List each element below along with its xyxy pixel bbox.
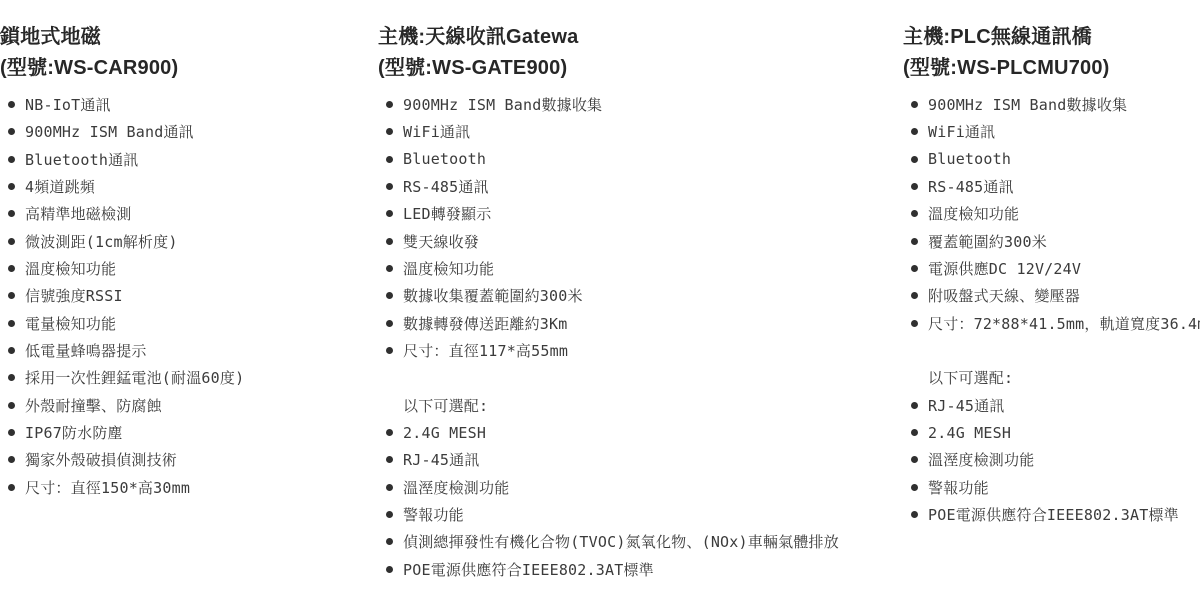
- product-name: 主機:天線收訊Gatewa: [378, 22, 839, 53]
- optional-config-label: 以下可選配:: [378, 392, 839, 419]
- bullet-icon: [911, 238, 918, 245]
- feature-text: 900MHz ISM Band通訊: [25, 121, 194, 142]
- feature-text: RS-485通訊: [928, 176, 1014, 197]
- bullet-icon: [8, 456, 15, 463]
- product-spec-sheet: 鎖地式地磁(型號:WS-CAR900)NB-IoT通訊900MHz ISM Ba…: [0, 0, 1200, 606]
- feature-text: 溫度檢知功能: [25, 258, 116, 279]
- feature-text: 數據收集覆蓋範圍約300米: [403, 285, 583, 306]
- feature-item: 溫度檢知功能: [0, 255, 244, 282]
- feature-text: 溫度檢知功能: [403, 258, 494, 279]
- feature-text: Bluetooth: [403, 150, 486, 168]
- bullet-icon: [386, 484, 393, 491]
- feature-text: 電源供應DC 12V/24V: [928, 258, 1081, 279]
- feature-text: 獨家外殼破損偵測技術: [25, 449, 177, 470]
- bullet-icon: [8, 128, 15, 135]
- feature-text: IP67防水防塵: [25, 422, 123, 443]
- feature-item: 外殼耐撞擊、防腐蝕: [0, 392, 244, 419]
- feature-text: 尺寸：直徑117*高55mm: [403, 340, 568, 361]
- feature-item: 獨家外殼破損偵測技術: [0, 446, 244, 473]
- bullet-icon: [8, 484, 15, 491]
- bullet-icon: [911, 183, 918, 190]
- bullet-icon: [8, 265, 15, 272]
- bullet-icon: [911, 101, 918, 108]
- feature-text: 高精準地磁檢測: [25, 203, 131, 224]
- feature-text: 數據轉發傳送距離約3Km: [403, 313, 568, 334]
- feature-item: 尺寸：直徑117*高55mm: [378, 337, 839, 364]
- bullet-icon: [386, 210, 393, 217]
- bullet-icon: [386, 183, 393, 190]
- feature-text: 偵測總揮發性有機化合物(TVOC)氮氧化物、(NOx)車輛氣體排放: [403, 531, 839, 552]
- bullet-icon: [911, 429, 918, 436]
- model-number: (型號:WS-CAR900): [0, 53, 244, 84]
- bullet-icon: [911, 265, 918, 272]
- feature-text: 尺寸：直徑150*高30mm: [25, 477, 190, 498]
- feature-item: RS-485通訊: [903, 173, 1200, 200]
- feature-text: Bluetooth通訊: [25, 149, 138, 170]
- feature-item: LED轉發顯示: [378, 200, 839, 227]
- feature-item: 溫度檢知功能: [903, 200, 1200, 227]
- feature-item: 4頻道跳頻: [0, 173, 244, 200]
- bullet-icon: [386, 128, 393, 135]
- bullet-icon: [8, 156, 15, 163]
- bullet-icon: [386, 456, 393, 463]
- feature-text: RJ-45通訊: [928, 395, 1005, 416]
- feature-text: 採用一次性鋰錳電池(耐溫60度): [25, 367, 244, 388]
- feature-item: 偵測總揮發性有機化合物(TVOC)氮氧化物、(NOx)車輛氣體排放: [378, 528, 839, 555]
- feature-item: 尺寸：直徑150*高30mm: [0, 474, 244, 501]
- feature-item: 採用一次性鋰錳電池(耐溫60度): [0, 364, 244, 391]
- feature-text: 尺寸：72*88*41.5mm，軌道寬度36.4mm: [928, 313, 1200, 334]
- product-column-ws-gate900: 主機:天線收訊Gatewa(型號:WS-GATE900)900MHz ISM B…: [378, 0, 839, 583]
- feature-text: 信號強度RSSI: [25, 285, 123, 306]
- optional-config-label-text: 以下可選配:: [928, 367, 1013, 388]
- feature-text: 溫度檢知功能: [928, 203, 1019, 224]
- bullet-icon: [8, 238, 15, 245]
- bullet-icon: [386, 429, 393, 436]
- bullet-icon: [911, 320, 918, 327]
- bullet-icon: [386, 101, 393, 108]
- feature-item: 數據收集覆蓋範圍約300米: [378, 282, 839, 309]
- feature-text: RS-485通訊: [403, 176, 489, 197]
- feature-item: 2.4G MESH: [378, 419, 839, 446]
- feature-text: Bluetooth: [928, 150, 1011, 168]
- feature-item: 900MHz ISM Band通訊: [0, 118, 244, 145]
- product-column-ws-plcmu700: 主機:PLC無線通訊橋(型號:WS-PLCMU700)900MHz ISM Ba…: [903, 0, 1200, 528]
- feature-text: WiFi通訊: [928, 121, 995, 142]
- feature-item: 信號強度RSSI: [0, 282, 244, 309]
- feature-item: 微波測距(1cm解析度): [0, 228, 244, 255]
- bullet-icon: [386, 320, 393, 327]
- feature-item: NB-IoT通訊: [0, 91, 244, 118]
- bullet-icon: [8, 183, 15, 190]
- feature-item: 溫度檢知功能: [378, 255, 839, 282]
- feature-text: RJ-45通訊: [403, 449, 480, 470]
- bullet-icon: [8, 374, 15, 381]
- feature-text: NB-IoT通訊: [25, 94, 111, 115]
- bullet-icon: [386, 511, 393, 518]
- product-title: 鎖地式地磁(型號:WS-CAR900): [0, 22, 244, 84]
- feature-text: 2.4G MESH: [403, 424, 486, 442]
- feature-text: 附吸盤式天線、變壓器: [928, 285, 1080, 306]
- bullet-icon: [386, 566, 393, 573]
- feature-list: 900MHz ISM Band數據收集WiFi通訊BluetoothRS-485…: [378, 91, 839, 583]
- optional-config-label: 以下可選配:: [903, 364, 1200, 391]
- feature-text: 警報功能: [403, 504, 464, 525]
- bullet-icon: [8, 292, 15, 299]
- bullet-icon: [8, 101, 15, 108]
- feature-item: WiFi通訊: [378, 118, 839, 145]
- feature-item: Bluetooth通訊: [0, 146, 244, 173]
- feature-text: 電量檢知功能: [25, 313, 116, 334]
- feature-text: 2.4G MESH: [928, 424, 1011, 442]
- feature-text: POE電源供應符合IEEE802.3AT標準: [403, 559, 654, 580]
- feature-item: RJ-45通訊: [378, 446, 839, 473]
- feature-item: 警報功能: [378, 501, 839, 528]
- bullet-icon: [911, 210, 918, 217]
- model-number: (型號:WS-GATE900): [378, 53, 839, 84]
- feature-list: 900MHz ISM Band數據收集WiFi通訊BluetoothRS-485…: [903, 91, 1200, 528]
- feature-item: 高精準地磁檢測: [0, 200, 244, 227]
- feature-text: POE電源供應符合IEEE802.3AT標準: [928, 504, 1179, 525]
- feature-item: 溫溼度檢測功能: [378, 474, 839, 501]
- feature-text: 覆蓋範圍約300米: [928, 231, 1047, 252]
- feature-text: 溫溼度檢測功能: [928, 449, 1034, 470]
- feature-text: 4頻道跳頻: [25, 176, 95, 197]
- feature-item: 覆蓋範圍約300米: [903, 228, 1200, 255]
- feature-item: 附吸盤式天線、變壓器: [903, 282, 1200, 309]
- feature-item: 雙天線收發: [378, 228, 839, 255]
- feature-item: 尺寸：72*88*41.5mm，軌道寬度36.4mm: [903, 310, 1200, 337]
- product-title: 主機:天線收訊Gatewa(型號:WS-GATE900): [378, 22, 839, 84]
- feature-item: POE電源供應符合IEEE802.3AT標準: [903, 501, 1200, 528]
- feature-item: Bluetooth: [378, 146, 839, 173]
- bullet-icon: [911, 156, 918, 163]
- bullet-icon: [386, 238, 393, 245]
- bullet-icon: [911, 128, 918, 135]
- feature-item: 2.4G MESH: [903, 419, 1200, 446]
- feature-text: 警報功能: [928, 477, 989, 498]
- bullet-icon: [386, 265, 393, 272]
- feature-text: 溫溼度檢測功能: [403, 477, 509, 498]
- feature-text: 微波測距(1cm解析度): [25, 231, 178, 252]
- feature-item: Bluetooth: [903, 146, 1200, 173]
- bullet-icon: [8, 347, 15, 354]
- feature-item: WiFi通訊: [903, 118, 1200, 145]
- bullet-icon: [8, 402, 15, 409]
- feature-item: 900MHz ISM Band數據收集: [903, 91, 1200, 118]
- product-name: 鎖地式地磁: [0, 22, 244, 53]
- bullet-icon: [911, 292, 918, 299]
- bullet-icon: [386, 538, 393, 545]
- bullet-icon: [911, 456, 918, 463]
- feature-text: 低電量蜂鳴器提示: [25, 340, 147, 361]
- product-title: 主機:PLC無線通訊橋(型號:WS-PLCMU700): [903, 22, 1200, 84]
- bullet-icon: [911, 511, 918, 518]
- feature-item: IP67防水防塵: [0, 419, 244, 446]
- bullet-icon: [386, 156, 393, 163]
- feature-item: POE電源供應符合IEEE802.3AT標準: [378, 556, 839, 583]
- feature-item: RJ-45通訊: [903, 392, 1200, 419]
- bullet-icon: [911, 484, 918, 491]
- bullet-icon: [8, 320, 15, 327]
- feature-text: 900MHz ISM Band數據收集: [928, 94, 1127, 115]
- feature-text: 雙天線收發: [403, 231, 479, 252]
- bullet-icon: [8, 210, 15, 217]
- bullet-icon: [386, 347, 393, 354]
- feature-item: 電量檢知功能: [0, 310, 244, 337]
- product-name: 主機:PLC無線通訊橋: [903, 22, 1200, 53]
- feature-text: 900MHz ISM Band數據收集: [403, 94, 602, 115]
- feature-item: 警報功能: [903, 474, 1200, 501]
- feature-text: WiFi通訊: [403, 121, 470, 142]
- feature-item: 900MHz ISM Band數據收集: [378, 91, 839, 118]
- bullet-icon: [911, 402, 918, 409]
- feature-text: LED轉發顯示: [403, 203, 492, 224]
- bullet-icon: [8, 429, 15, 436]
- feature-item: 電源供應DC 12V/24V: [903, 255, 1200, 282]
- feature-item: 低電量蜂鳴器提示: [0, 337, 244, 364]
- feature-item: 數據轉發傳送距離約3Km: [378, 310, 839, 337]
- feature-item: RS-485通訊: [378, 173, 839, 200]
- feature-item: 溫溼度檢測功能: [903, 446, 1200, 473]
- feature-text: 外殼耐撞擊、防腐蝕: [25, 395, 162, 416]
- feature-list: NB-IoT通訊900MHz ISM Band通訊Bluetooth通訊4頻道跳…: [0, 91, 244, 501]
- bullet-icon: [386, 292, 393, 299]
- model-number: (型號:WS-PLCMU700): [903, 53, 1200, 84]
- optional-config-label-text: 以下可選配:: [403, 395, 488, 416]
- product-column-ws-car900: 鎖地式地磁(型號:WS-CAR900)NB-IoT通訊900MHz ISM Ba…: [0, 0, 244, 501]
